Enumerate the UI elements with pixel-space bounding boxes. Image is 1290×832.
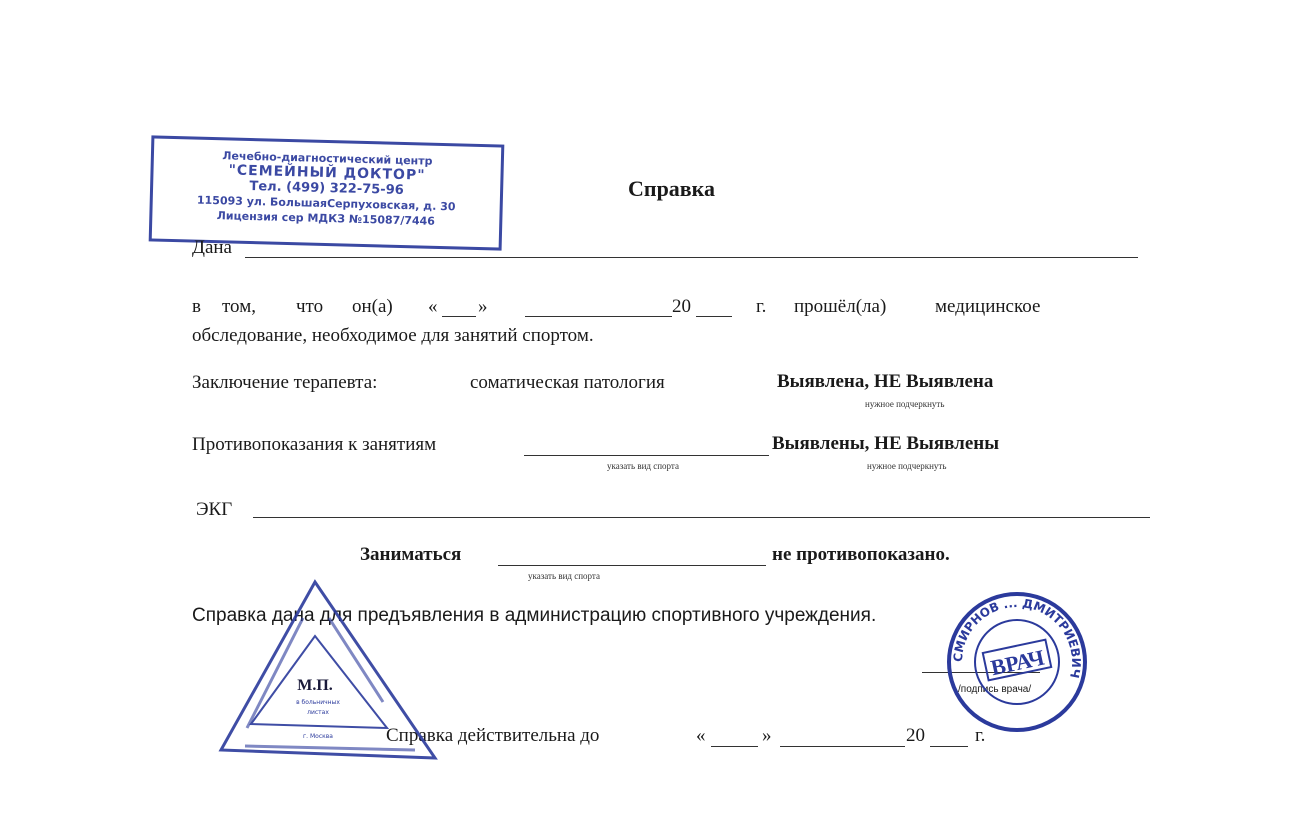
therapist-hint: нужное подчеркнуть bbox=[865, 399, 944, 409]
valid-year-prefix: 20 bbox=[906, 725, 925, 747]
year-field[interactable] bbox=[696, 316, 732, 317]
therapist-options[interactable]: Выявлена, НЕ Выявлена bbox=[777, 371, 993, 393]
clinic-stamp: Лечебно-диагностический центр "СЕМЕЙНЫЙ … bbox=[149, 135, 505, 250]
allowed-field-hint: указать вид спорта bbox=[528, 571, 600, 581]
therapist-subject: соматическая патология bbox=[470, 372, 665, 394]
allowed-sport-field[interactable] bbox=[498, 565, 766, 566]
exam-text: обследование, необходимое для занятий сп… bbox=[192, 325, 594, 347]
therapist-label: Заключение терапевта: bbox=[192, 372, 377, 394]
ecg-field[interactable] bbox=[253, 517, 1150, 518]
ecg-label: ЭКГ bbox=[196, 499, 232, 521]
allowed-prefix: Заниматься bbox=[360, 544, 461, 566]
page-title: Справка bbox=[628, 176, 715, 202]
year-prefix: 20 bbox=[672, 296, 691, 318]
text-w1: в bbox=[192, 296, 201, 318]
contra-hint: нужное подчеркнуть bbox=[867, 461, 946, 471]
year-suffix: г. bbox=[756, 296, 766, 318]
svg-text:листах: листах bbox=[307, 709, 329, 716]
doctor-stamp: СМИРНОВ ... ДМИТРИЕВИЧ ВРАЧ bbox=[945, 590, 1090, 735]
contra-options[interactable]: Выявлены, НЕ Выявлены bbox=[772, 433, 999, 455]
valid-quote-close: » bbox=[762, 725, 772, 747]
svg-text:в больничных: в больничных bbox=[296, 699, 340, 706]
given-label: Дана bbox=[192, 237, 232, 259]
triangle-stamp: М.П. в больничных листах г. Москва bbox=[215, 578, 440, 764]
quote-close: » bbox=[478, 296, 488, 318]
text-w2: том, bbox=[222, 296, 256, 318]
text-medical: медицинское bbox=[935, 296, 1040, 318]
given-field[interactable] bbox=[245, 257, 1138, 258]
valid-quote-open: « bbox=[696, 725, 706, 747]
contra-field-hint: указать вид спорта bbox=[607, 461, 679, 471]
day-field[interactable] bbox=[442, 316, 476, 317]
valid-month-field[interactable] bbox=[780, 746, 905, 747]
valid-year-field[interactable] bbox=[930, 746, 968, 747]
quote-open: « bbox=[428, 296, 438, 318]
month-field[interactable] bbox=[525, 316, 672, 317]
text-w4: он(а) bbox=[352, 296, 393, 318]
triangle-center-text: М.П. bbox=[297, 677, 333, 694]
allowed-suffix: не противопоказано. bbox=[772, 544, 950, 566]
text-passed: прошёл(ла) bbox=[794, 296, 886, 318]
text-w3: что bbox=[296, 296, 323, 318]
svg-text:г. Москва: г. Москва bbox=[303, 733, 333, 740]
valid-day-field[interactable] bbox=[711, 746, 758, 747]
contra-sport-field[interactable] bbox=[524, 455, 769, 456]
contra-label: Противопоказания к занятиям bbox=[192, 434, 436, 456]
